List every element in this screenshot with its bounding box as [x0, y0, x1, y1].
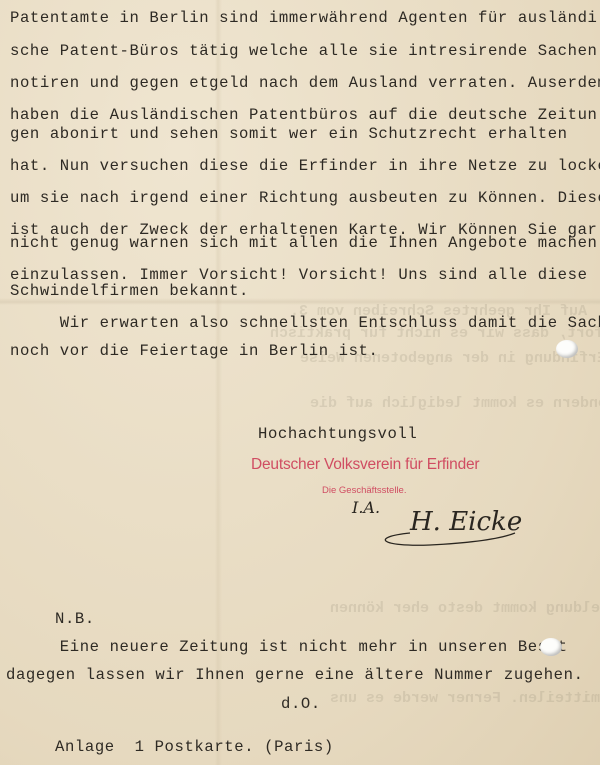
body-line: noch vor die Feiertage in Berlin ist. — [10, 344, 378, 360]
svg-text:H. Eicke: H. Eicke — [409, 507, 522, 537]
body-line: Schwindelfirmen bekannt. — [10, 284, 249, 300]
organization-stamp: Deutscher Volksverein für Erfinder — [251, 456, 479, 474]
bleed-through-text: Ihnen mitteilen. Ferner werde es uns — [330, 690, 600, 707]
enclosure-note: Anlage 1 Postkarte. (Paris) — [55, 740, 334, 756]
nb-label: N.B. — [55, 612, 95, 628]
body-line: Patentamte in Berlin sind immerwährend A… — [10, 11, 600, 27]
signature-image: I.A. H. Eicke — [350, 495, 550, 550]
body-line: hat. Nun versuchen diese die Erfinder in… — [10, 159, 600, 175]
body-line: notiren und gegen etgeld nach dem Auslan… — [10, 76, 600, 92]
body-line: haben die Ausländischen Patentbüros auf … — [10, 108, 600, 124]
nb-line: Eine neuere Zeitung ist nicht mehr in un… — [10, 640, 568, 656]
svg-text:I.A.: I.A. — [351, 498, 380, 517]
punch-hole — [556, 340, 578, 358]
bleed-through-text: sol, sondern es kommt lediglich auf die — [310, 395, 600, 412]
nb-line: dagegen lassen wir Ihnen gerne eine älte… — [6, 668, 584, 684]
body-line: gen abonirt und sehen somit wer ein Schu… — [10, 127, 568, 143]
body-line: um sie nach irgend einer Richtung ausbeu… — [10, 191, 600, 207]
punch-hole — [540, 638, 562, 656]
bleed-through-text: zur Anmeldung kommt desto eher können — [330, 600, 600, 617]
body-line: sche Patent-Büros tätig welche alle sie … — [10, 44, 598, 60]
closing: Hochachtungsvoll — [258, 427, 417, 443]
nb-sign: d.O. — [281, 697, 321, 713]
body-line: nicht genug warnen sich mit allen die Ih… — [10, 236, 598, 252]
body-line: Wir erwarten also schnellsten Entschluss… — [10, 316, 600, 332]
